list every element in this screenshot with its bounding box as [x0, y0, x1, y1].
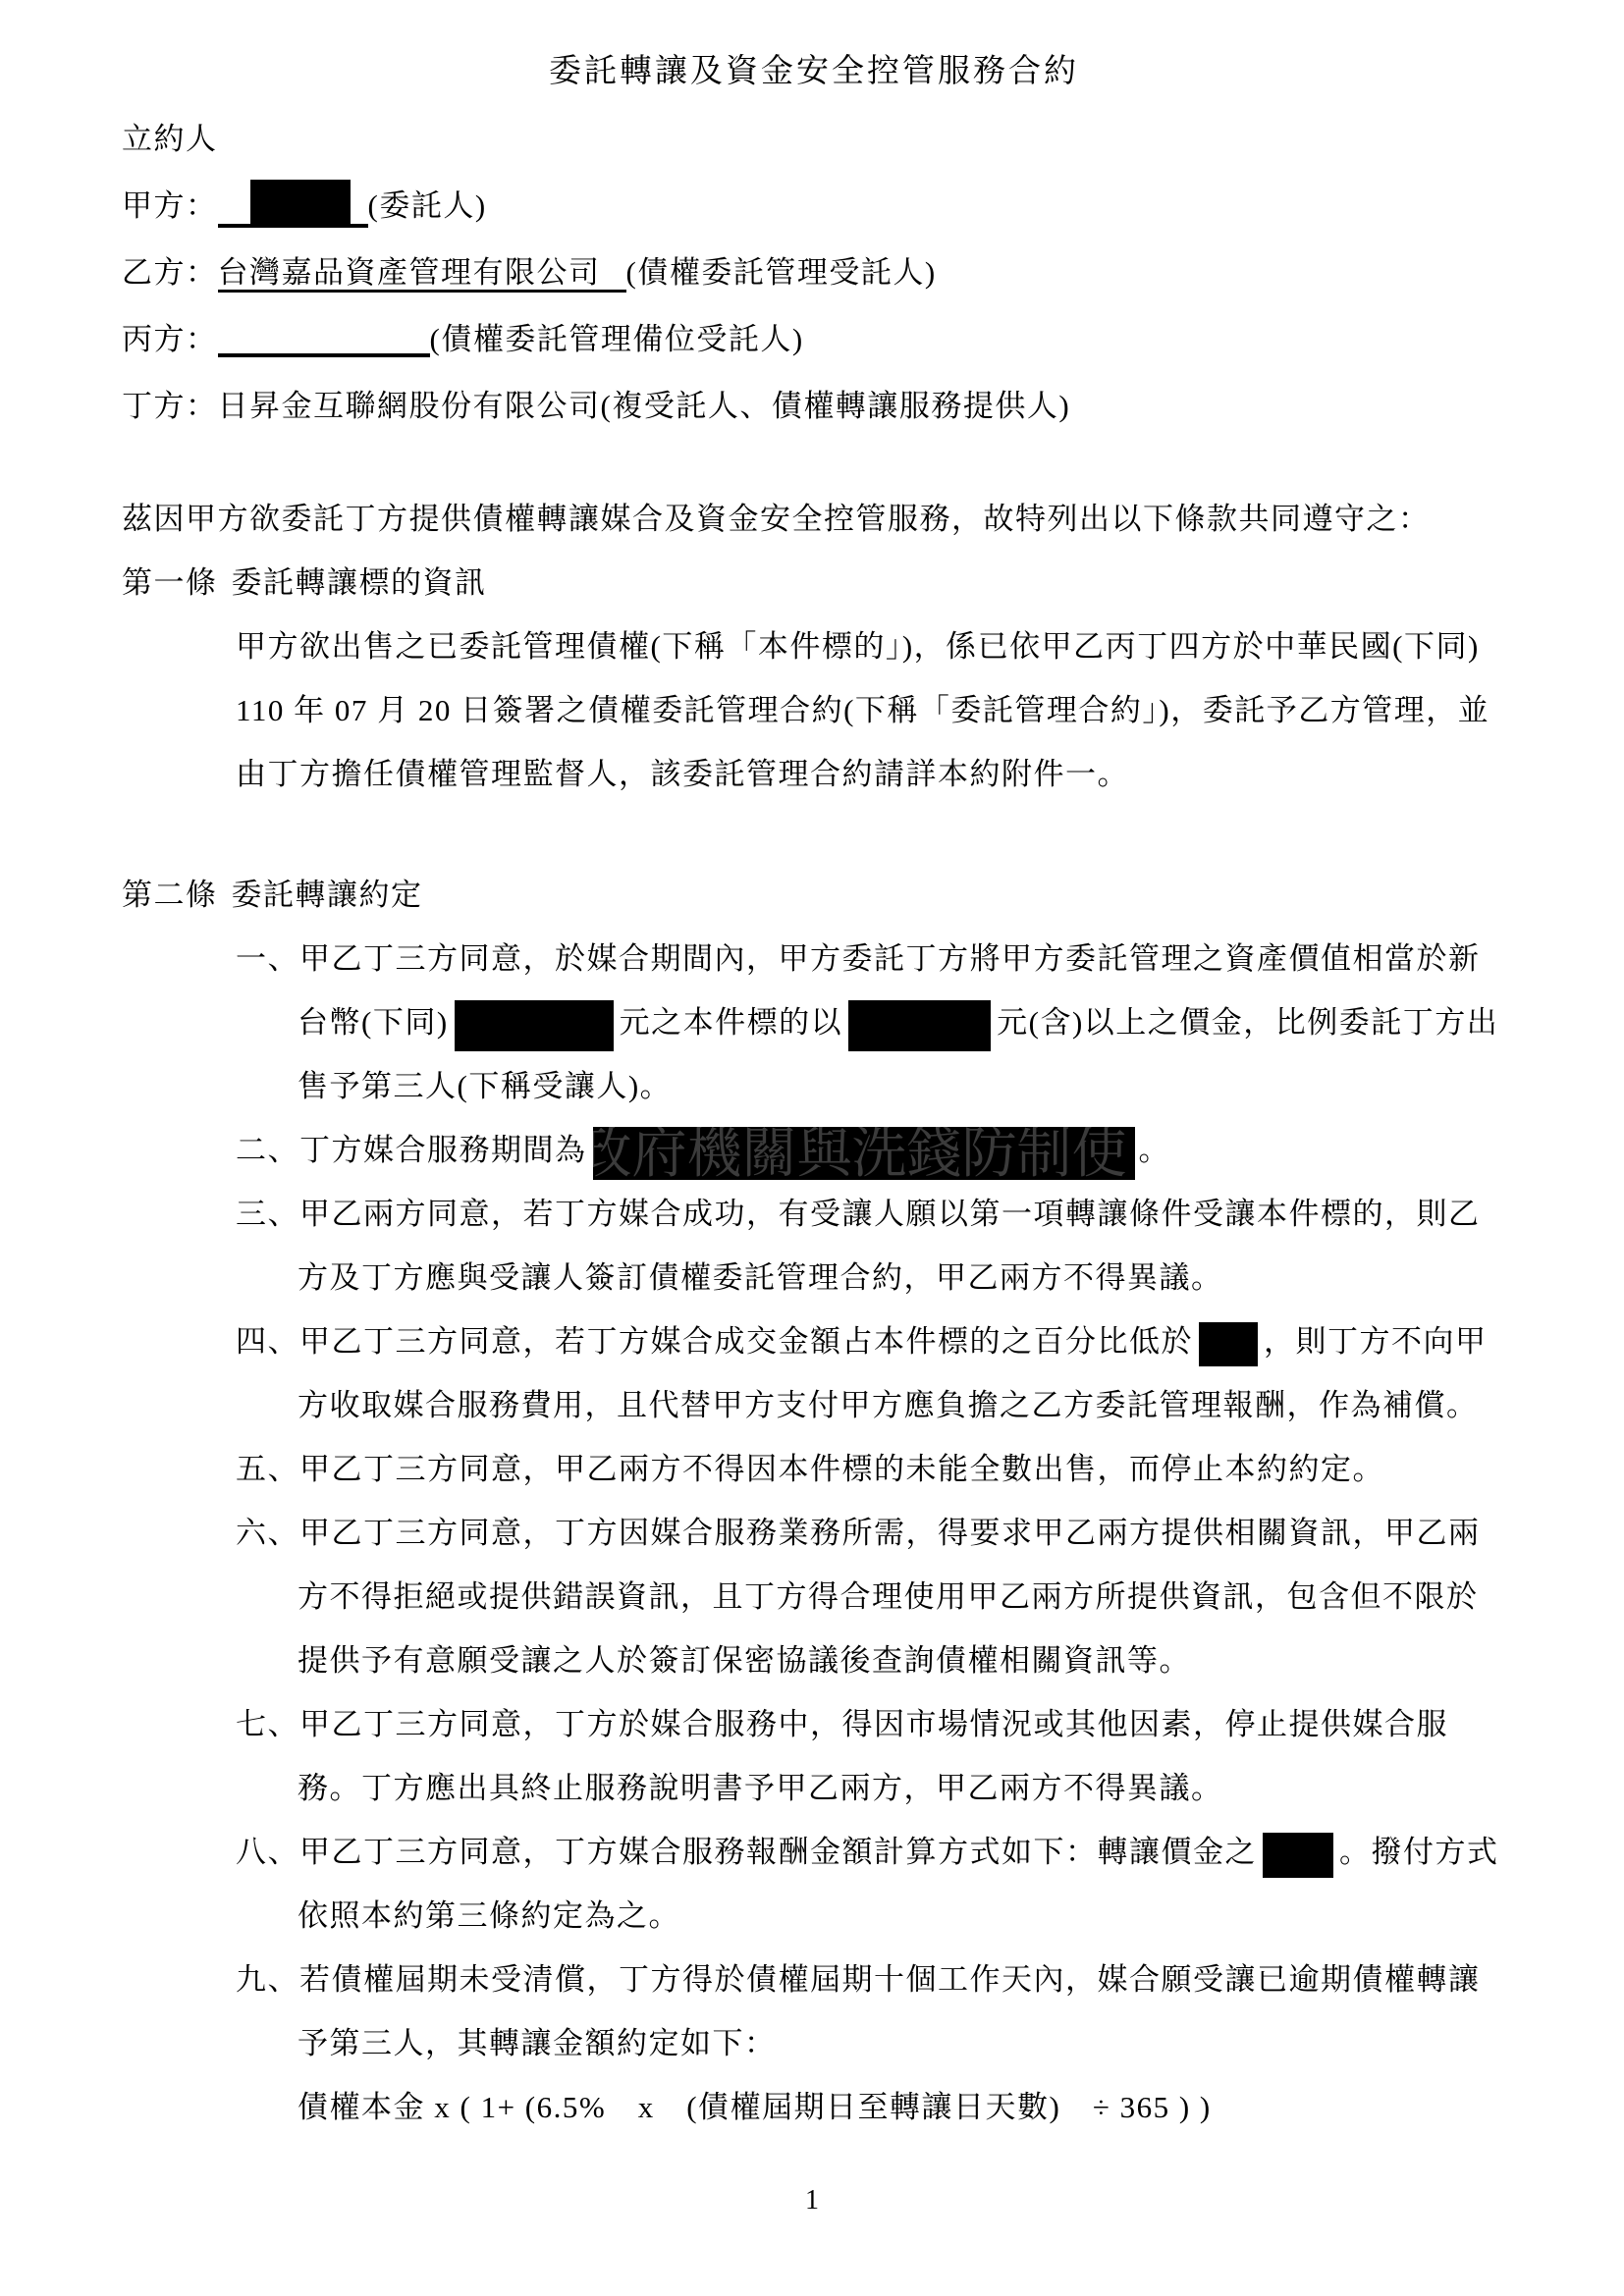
- article-2-item-2-line: 二、丁方媒合服務期間為政府機關與洗錢防制使。: [236, 1118, 1506, 1182]
- article-2-item-4-line: 方收取媒合服務費用，且代替甲方支付甲方應負擔之乙方委託管理報酬，作為補償。: [298, 1373, 1506, 1437]
- article-2-item-3-line: 三、甲乙兩方同意，若丁方媒合成功，有受讓人願以第一項轉讓條件受讓本件標的，則乙: [236, 1182, 1506, 1246]
- redaction-box: [1263, 1833, 1333, 1878]
- item-2-text: 二、丁方媒合服務期間為: [236, 1133, 587, 1167]
- party-b-row: 乙方：台灣嘉品資產管理有限公司(債權委託管理受託人): [122, 240, 1506, 306]
- article-1-line: 甲方欲出售之已委託管理債權(下稱「本件標的」)，係已依甲乙丙丁四方於中華民國(下…: [236, 614, 1506, 678]
- party-a-row: 甲方：(委託人): [122, 173, 1506, 240]
- party-d-label: 丁方：: [122, 389, 218, 423]
- article-1-number: 第一條: [122, 565, 218, 600]
- page-body: 委託轉讓及資金安全控管服務合約 立約人 甲方：(委託人) 乙方：台灣嘉品資產管理…: [0, 0, 1624, 2139]
- article-2-item-3-line: 方及丁方應與受讓人簽訂債權委託管理合約，甲乙兩方不得異議。: [298, 1246, 1506, 1309]
- item-4-text: ，則丁方不向甲: [1264, 1324, 1488, 1359]
- article-2-item-8-line: 依照本約第三條約定為之。: [298, 1884, 1506, 1948]
- article-2-item-1-line: 售予第三人(下稱受讓人)。: [298, 1054, 1506, 1118]
- article-2-item-8-line: 八、甲乙丁三方同意，丁方媒合服務報酬金額計算方式如下：轉讓價金之。撥付方式: [236, 1820, 1506, 1884]
- party-c-suffix: (債權委託管理備位受託人): [430, 322, 804, 356]
- redaction-ghost-text: 政府機關與洗錢防制使: [593, 1127, 1135, 1180]
- item-1-text: 台幣(下同): [298, 1005, 449, 1040]
- item-8-text: 。撥付方式: [1339, 1835, 1499, 1869]
- article-2-item-9-formula: 債權本金 x ( 1+ (6.5% x (債權屆期日至轉讓日天數) ÷ 365 …: [298, 2075, 1506, 2139]
- page-number: 1: [0, 2171, 1624, 2230]
- party-c-label: 丙方：: [122, 322, 218, 356]
- article-2-number: 第二條: [122, 878, 218, 912]
- redaction-box: [455, 1000, 614, 1051]
- article-1-line: 110 年 07 月 20 日簽署之債權委託管理合約(下稱「委託管理合約」)，委…: [236, 678, 1506, 742]
- redaction-box: 政府機關與洗錢防制使: [593, 1127, 1135, 1180]
- party-b-suffix: (債權委託管理受託人): [626, 255, 937, 290]
- article-2-item-5-line: 五、甲乙丁三方同意，甲乙兩方不得因本件標的未能全數出售，而停止本約約定。: [236, 1437, 1506, 1501]
- article-2-title: 委託轉讓約定: [232, 878, 423, 912]
- item-1-text: 元之本件標的以: [620, 1005, 843, 1040]
- party-b-label: 乙方：: [122, 255, 218, 290]
- party-d-row: 丁方：日昇金互聯網股份有限公司(複受託人、債權轉讓服務提供人): [122, 373, 1506, 440]
- article-2-item-1-line: 台幣(下同)元之本件標的以元(含)以上之價金，比例委託丁方出: [298, 990, 1506, 1054]
- article-2-item-4-line: 四、甲乙丁三方同意，若丁方媒合成交金額占本件標的之百分比低於，則丁方不向甲: [236, 1309, 1506, 1373]
- preamble: 茲因甲方欲委託丁方提供債權轉讓媒合及資金安全控管服務，故特列出以下條款共同遵守之…: [122, 487, 1506, 551]
- article-1-heading: 第一條委託轉讓標的資訊: [122, 551, 1506, 614]
- redaction-box: [1199, 1322, 1258, 1366]
- party-c-row: 丙方：(債權委託管理備位受託人): [122, 306, 1506, 373]
- article-2-item-9-line: 予第三人，其轉讓金額約定如下：: [298, 2011, 1506, 2075]
- article-2-item-7-line: 務。丁方應出具終止服務說明書予甲乙兩方，甲乙兩方不得異議。: [298, 1756, 1506, 1820]
- party-c-signature-blank: [218, 312, 430, 357]
- redaction-box: [848, 1000, 991, 1051]
- article-2-item-7-line: 七、甲乙丁三方同意，丁方於媒合服務中，得因市場情況或其他因素，停止提供媒合服: [236, 1692, 1506, 1756]
- article-2-heading: 第二條委託轉讓約定: [122, 863, 1506, 927]
- item-1-text: 元(含)以上之價金，比例委託丁方出: [997, 1005, 1498, 1040]
- article-2-item-1-line: 一、甲乙丁三方同意，於媒合期間內，甲方委託丁方將甲方委託管理之資產價值相當於新: [236, 927, 1506, 990]
- item-4-text: 四、甲乙丁三方同意，若丁方媒合成交金額占本件標的之百分比低於: [236, 1324, 1193, 1359]
- parties-heading: 立約人: [122, 122, 218, 156]
- article-1-line: 由丁方擔任債權管理監督人，該委託管理合約請詳本約附件一。: [236, 742, 1506, 806]
- party-a-suffix: (委託人): [368, 188, 487, 223]
- party-d-name: 日昇金互聯網股份有限公司(複受託人、債權轉讓服務提供人): [218, 389, 1071, 423]
- article-2-item-9-line: 九、若債權屆期未受清償，丁方得於債權屆期十個工作天內，媒合願受讓已逾期債權轉讓: [236, 1948, 1506, 2011]
- redaction-box: [250, 180, 351, 225]
- document-title: 委託轉讓及資金安全控管服務合約: [122, 37, 1506, 106]
- party-b-name: 台灣嘉品資產管理有限公司: [218, 255, 626, 293]
- contract-page: 委託轉讓及資金安全控管服務合約 立約人 甲方：(委託人) 乙方：台灣嘉品資產管理…: [0, 0, 1624, 2296]
- article-1-title: 委託轉讓標的資訊: [232, 565, 487, 600]
- party-a-label: 甲方：: [122, 188, 218, 223]
- article-2-item-6-line: 六、甲乙丁三方同意，丁方因媒合服務業務所需，得要求甲乙兩方提供相關資訊，甲乙兩: [236, 1501, 1506, 1565]
- item-2-text: 。: [1139, 1133, 1171, 1167]
- article-2-item-6-line: 方不得拒絕或提供錯誤資訊，且丁方得合理使用甲乙兩方所提供資訊，包含但不限於: [298, 1565, 1506, 1629]
- parties-heading-row: 立約人: [122, 106, 1506, 173]
- article-2-item-6-line: 提供予有意願受讓之人於簽訂保密協議後查詢債權相關資訊等。: [298, 1629, 1506, 1692]
- item-8-text: 八、甲乙丁三方同意，丁方媒合服務報酬金額計算方式如下：轉讓價金之: [236, 1835, 1257, 1869]
- party-a-signature-line: [218, 177, 368, 228]
